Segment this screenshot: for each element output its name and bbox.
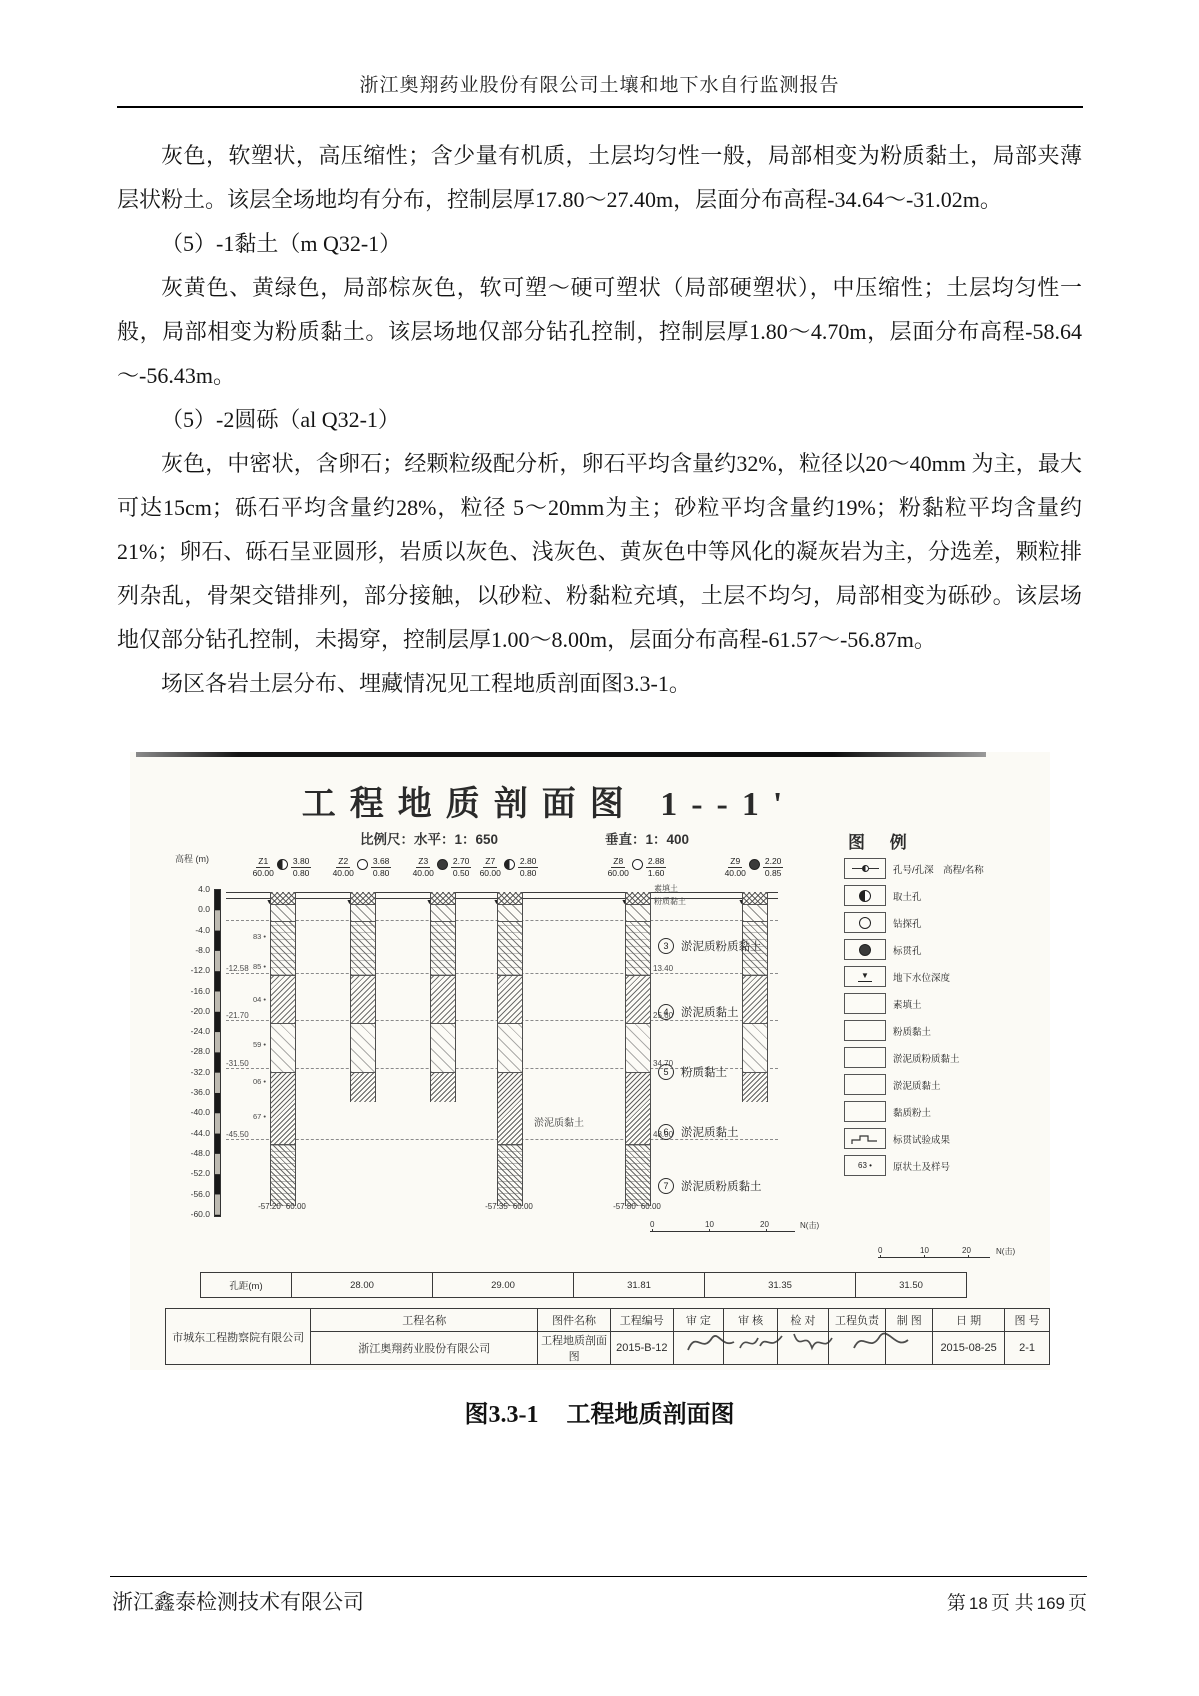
elevation-axis-label: 高程 (m) [174, 854, 210, 865]
borehole-elevation: 2.20 [763, 856, 784, 868]
borehole-column [742, 892, 768, 1102]
sample-number: 06 [232, 1077, 266, 1086]
borehole-bottom-label: -57.35 60.00 [467, 1202, 551, 1211]
borehole-id: Z2 [336, 856, 350, 868]
caption-text: 工程地质剖面图 [567, 1402, 735, 1428]
tb-header-lead: 工程负责 [828, 1309, 886, 1332]
sampling-hole-icon [504, 859, 515, 870]
bottom-elevation: -57.80 [613, 1202, 636, 1211]
axis-tick: -8.0 [170, 945, 210, 955]
stratum-name: 淤泥质黏土 [681, 1004, 739, 1020]
sample-number: 59 [232, 1040, 266, 1049]
stratum-label: 3 淤泥质粉质黏土 [658, 938, 762, 954]
scale-tick-label: 10 [920, 1246, 929, 1255]
legend-symbol-mucky-clay [844, 1074, 886, 1095]
legend-item: 钻探孔 [844, 912, 922, 933]
tb-value-date: 2015-08-25 [933, 1332, 1005, 1365]
legend-symbol-clayey-silt [844, 1101, 886, 1122]
distance-value: 29.00 [433, 1273, 574, 1298]
borehole-elevation: 3.68 [371, 856, 392, 868]
paragraph-heading-5-2: （5）-2圆砾（al Q32-1） [117, 398, 1082, 442]
footer-divider [110, 1576, 1087, 1577]
legend-label: 孔号/孔深 高程/名称 [893, 862, 984, 876]
scale-tick-label: 0 [878, 1246, 882, 1255]
axis-tick: 0.0 [170, 904, 210, 914]
tb-header-check: 检 对 [778, 1309, 828, 1332]
axis-tick: -52.0 [170, 1168, 210, 1178]
footer-word: 页 [1068, 1593, 1087, 1614]
borehole-depth: 60.00 [253, 868, 274, 879]
legend-label: 素填土 [893, 997, 922, 1011]
tb-header-figno: 图 号 [1005, 1309, 1050, 1332]
paragraph-layer4-desc: 灰色，软塑状，高压缩性；含少量有机质，土层均匀性一般，局部相变为粉质黏土，局部夹… [117, 134, 1082, 222]
tb-header-drawing: 图件名称 [538, 1309, 611, 1332]
blowcount-scale: 0 10 20 N(击) [650, 1220, 840, 1232]
legend-item: 素填土 [844, 993, 922, 1014]
elevation-axis-ruler [214, 889, 221, 1217]
borehole-distance-table: 孔距(m) 28.00 29.00 31.81 31.35 31.50 [200, 1272, 967, 1298]
boundary-elevation-label: -45.50 [226, 1130, 249, 1139]
report-page: { "page": { "header_title": "浙江奥翔药业股份有限公… [0, 0, 1199, 1696]
axis-tick: -40.0 [170, 1107, 210, 1117]
legend-label: 地下水位深度 [893, 970, 950, 984]
stratum-number-icon: 4 [658, 1004, 674, 1020]
legend-title: 图 例 [848, 828, 917, 853]
borehole-header: Z240.00 3.680.80 [320, 856, 404, 878]
axis-tick: 4.0 [170, 884, 210, 894]
stratum-name: 淤泥质黏土 [681, 1124, 739, 1140]
borehole-elevation: 2.88 [646, 856, 667, 868]
footer-current-page: 18 [966, 1594, 991, 1613]
scale-tick-label: 0 [650, 1220, 654, 1229]
scale-unit-label: N(击) [800, 1220, 819, 1231]
spt-hole-icon [749, 859, 760, 870]
tb-value-number: 2015-B-12 [610, 1332, 673, 1365]
legend-symbol-water-table: ▼ [844, 966, 886, 987]
scan-edge-artifact [136, 752, 986, 757]
stratum-label: 7 淤泥质粉质黏土 [658, 1178, 762, 1194]
left-stratum-label: 淤泥质黏土 [534, 1114, 584, 1129]
legend-label: 钻探孔 [893, 916, 922, 930]
legend-label: 取土孔 [893, 889, 922, 903]
axis-tick: -24.0 [170, 1026, 210, 1036]
borehole-header: Z940.00 2.200.85 [712, 856, 796, 878]
legend-item: ▼ 地下水位深度 [844, 966, 950, 987]
sample-number: 85 [232, 962, 266, 971]
borehole-water-depth: 1.60 [648, 868, 665, 879]
boundary-elevation-label: -21.70 [226, 1011, 249, 1020]
footer-page-number: 第18页 共169页 [947, 1588, 1087, 1615]
axis-tick: -60.0 [170, 1209, 210, 1219]
scale-tick-label: 20 [760, 1220, 769, 1229]
distance-value: 28.00 [292, 1273, 433, 1298]
borehole-column [497, 892, 523, 1206]
legend-label: 淤泥质粉质黏土 [893, 1051, 960, 1065]
legend-symbol-spt-curve [844, 1128, 886, 1149]
borehole-depth: 60.00 [608, 868, 629, 879]
borehole-header: Z160.00 3.800.80 [240, 856, 324, 878]
borehole-elevation: 2.80 [518, 856, 539, 868]
borehole-column [430, 892, 456, 1102]
legend-label: 淤泥质黏土 [893, 1078, 941, 1092]
legend-item: 63 • 原状土及样号 [844, 1155, 950, 1176]
tb-header-approve: 审 定 [673, 1309, 723, 1332]
legend-symbol-mucky-silty-clay [844, 1047, 886, 1068]
paragraph-heading-5-1: （5）-1黏土（m Q32-1） [117, 222, 1082, 266]
tb-header-review: 审 核 [724, 1309, 778, 1332]
axis-tick: -4.0 [170, 925, 210, 935]
legend-label: 原状土及样号 [893, 1159, 950, 1173]
stratum-label: 4 淤泥质黏土 [658, 1004, 739, 1020]
footer-total-pages: 169 [1034, 1594, 1068, 1613]
borehole-water-depth: 0.80 [520, 868, 537, 879]
paragraph-layer5-1-desc: 灰黄色、黄绿色，局部棕灰色，软可塑～硬可塑状（局部硬塑状），中压缩性；土层均匀性… [117, 266, 1082, 398]
scale-vertical: 垂直：1：400 [605, 828, 689, 848]
axis-tick: -48.0 [170, 1148, 210, 1158]
legend-item: 标贯试验成果 [844, 1128, 950, 1149]
stratum-number-icon: 7 [658, 1178, 674, 1194]
tb-value-figno: 2-1 [1005, 1332, 1050, 1365]
legend-symbol-borehole-header [844, 858, 886, 879]
distance-value: 31.50 [856, 1273, 967, 1298]
tb-signature-review [724, 1332, 778, 1365]
distance-value: 31.35 [705, 1273, 856, 1298]
distance-value: 31.81 [574, 1273, 705, 1298]
figure-title: 工程地质剖面图 1--1' [130, 776, 968, 825]
sample-number: 67 [232, 1112, 266, 1121]
borehole-water-depth: 0.80 [373, 868, 390, 879]
sample-number: 04 [232, 995, 266, 1004]
scale-tick-label: 10 [705, 1220, 714, 1229]
tb-signature-draft [886, 1332, 933, 1365]
legend-item: 黏质粉土 [844, 1101, 931, 1122]
caption-number: 图3.3-1 [465, 1402, 539, 1428]
stratum-number-icon: 3 [658, 938, 674, 954]
borehole-column [625, 892, 651, 1206]
borehole-water-depth: 0.85 [765, 868, 782, 879]
legend-label: 粉质黏土 [893, 1024, 931, 1038]
bottom-elevation: -57.20 [258, 1202, 281, 1211]
boundary-depth-label: 13.40 [653, 964, 673, 973]
bottom-depth: 60.00 [641, 1202, 661, 1211]
borehole-water-depth: 0.80 [293, 868, 310, 879]
tb-header-number: 工程编号 [610, 1309, 673, 1332]
legend-symbol-silty-clay [844, 1020, 886, 1041]
borehole-id: Z7 [483, 856, 497, 868]
stratum-label: 6 淤泥质黏土 [658, 1124, 739, 1140]
legend-item: 孔号/孔深 高程/名称 [844, 858, 984, 879]
legend-symbol-sampling-hole [844, 885, 886, 906]
bottom-depth: 60.00 [513, 1202, 533, 1211]
paragraph-layer5-2-desc: 灰色，中密状，含卵石；经颗粒级配分析，卵石平均含量约32%，粒径以20～40mm… [117, 442, 1082, 662]
distance-label: 孔距(m) [201, 1273, 292, 1298]
spt-curve-icon [850, 1132, 880, 1146]
tb-signature-check [778, 1332, 828, 1365]
blowcount-scale: 0 10 20 N(击) [878, 1246, 1038, 1258]
stratum-number-icon: 6 [658, 1124, 674, 1140]
spt-hole-icon [437, 859, 448, 870]
axis-tick: -44.0 [170, 1128, 210, 1138]
surface-label-siltyclay: 粉质黏土 [654, 896, 686, 907]
borehole-depth: 40.00 [725, 868, 746, 879]
footer-company: 浙江鑫泰检测技术有限公司 [112, 1586, 364, 1616]
stratum-name: 淤泥质粉质黏土 [681, 1178, 762, 1194]
legend-label: 标贯试验成果 [893, 1132, 950, 1146]
stratum-name: 淤泥质粉质黏土 [681, 938, 762, 954]
borehole-bottom-label: -57.80 60.00 [595, 1202, 679, 1211]
footer-word: 第 [947, 1593, 966, 1614]
legend-label: 标贯孔 [893, 943, 922, 957]
sampling-hole-icon [277, 859, 288, 870]
bottom-elevation: -57.35 [485, 1202, 508, 1211]
document-header-title: 浙江奥翔药业股份有限公司土壤和地下水自行监测报告 [0, 70, 1199, 97]
axis-tick: -56.0 [170, 1189, 210, 1199]
stratum-name: 粉质黏土 [681, 1064, 727, 1080]
tb-signature-approve [673, 1332, 723, 1365]
legend-label: 黏质粉土 [893, 1105, 931, 1119]
tb-header-project: 工程名称 [311, 1309, 538, 1332]
legend-symbol-fill-soil [844, 993, 886, 1014]
title-block-header-row: 市城东工程勘察院有限公司 工程名称 图件名称 工程编号 审 定 审 核 检 对 … [166, 1309, 1050, 1332]
axis-tick: -20.0 [170, 1006, 210, 1016]
legend-item: 淤泥质黏土 [844, 1074, 941, 1095]
borehole-id: Z9 [728, 856, 742, 868]
legend-item: 粉质黏土 [844, 1020, 931, 1041]
borehole-depth: 40.00 [333, 868, 354, 879]
sample-number: 83 [232, 932, 266, 941]
axis-tick: -12.0 [170, 965, 210, 975]
surveying-company: 市城东工程勘察院有限公司 [166, 1309, 311, 1365]
borehole-column [350, 892, 376, 1102]
stratum-number-icon: 5 [658, 1064, 674, 1080]
tb-value-drawing: 工程地质剖面图 [538, 1332, 611, 1365]
borehole-id: Z3 [416, 856, 430, 868]
boundary-elevation-label: -31.50 [226, 1059, 249, 1068]
axis-tick: -32.0 [170, 1067, 210, 1077]
tb-header-date: 日 期 [933, 1309, 1005, 1332]
figure-caption: 图3.3-1工程地质剖面图 [0, 1394, 1199, 1429]
drill-hole-icon [357, 859, 368, 870]
legend-symbol-drill-hole [844, 912, 886, 933]
borehole-column [270, 892, 296, 1206]
borehole-depth: 60.00 [480, 868, 501, 879]
legend-item: 标贯孔 [844, 939, 922, 960]
borehole-header: Z760.00 2.800.80 [467, 856, 551, 878]
tb-header-draft: 制 图 [886, 1309, 933, 1332]
axis-tick: -36.0 [170, 1087, 210, 1097]
drill-hole-icon [632, 859, 643, 870]
geological-section-figure: 工程地质剖面图 1--1' 比例尺：水平：1：650 垂直：1：400 图 例 … [130, 752, 1050, 1370]
borehole-id: Z8 [611, 856, 625, 868]
borehole-bottom-label: -57.20 60.00 [240, 1202, 324, 1211]
scale-tick-label: 20 [962, 1246, 971, 1255]
borehole-depth: 40.00 [413, 868, 434, 879]
footer-word: 页 共 [991, 1593, 1034, 1614]
stratum-label: 5 粉质黏土 [658, 1064, 727, 1080]
bottom-depth: 60.00 [286, 1202, 306, 1211]
axis-tick: -28.0 [170, 1046, 210, 1056]
tb-value-lead [828, 1332, 886, 1365]
distance-row: 孔距(m) 28.00 29.00 31.81 31.35 31.50 [201, 1273, 967, 1298]
body-text: 灰色，软塑状，高压缩性；含少量有机质，土层均匀性一般，局部相变为粉质黏土，局部夹… [117, 134, 1082, 706]
tb-value-project: 浙江奥翔药业股份有限公司 [311, 1332, 538, 1365]
drawing-title-block: 市城东工程勘察院有限公司 工程名称 图件名称 工程编号 审 定 审 核 检 对 … [165, 1308, 1050, 1365]
scale-unit-label: N(击) [996, 1246, 1015, 1257]
legend-symbol-sample-number: 63 • [844, 1155, 886, 1176]
header-divider [117, 106, 1083, 108]
surface-label-fill: 素填土 [654, 883, 678, 894]
borehole-elevation: 3.80 [291, 856, 312, 868]
axis-tick: -16.0 [170, 986, 210, 996]
legend-symbol-spt-hole [844, 939, 886, 960]
borehole-header: Z860.00 2.881.60 [595, 856, 679, 878]
legend-item: 淤泥质粉质黏土 [844, 1047, 960, 1068]
legend-item: 取土孔 [844, 885, 922, 906]
paragraph-figure-reference: 场区各岩土层分布、埋藏情况见工程地质剖面图3.3-1。 [117, 662, 1082, 706]
scale-horizontal: 比例尺：水平：1：650 [360, 828, 498, 848]
borehole-id: Z1 [256, 856, 270, 868]
